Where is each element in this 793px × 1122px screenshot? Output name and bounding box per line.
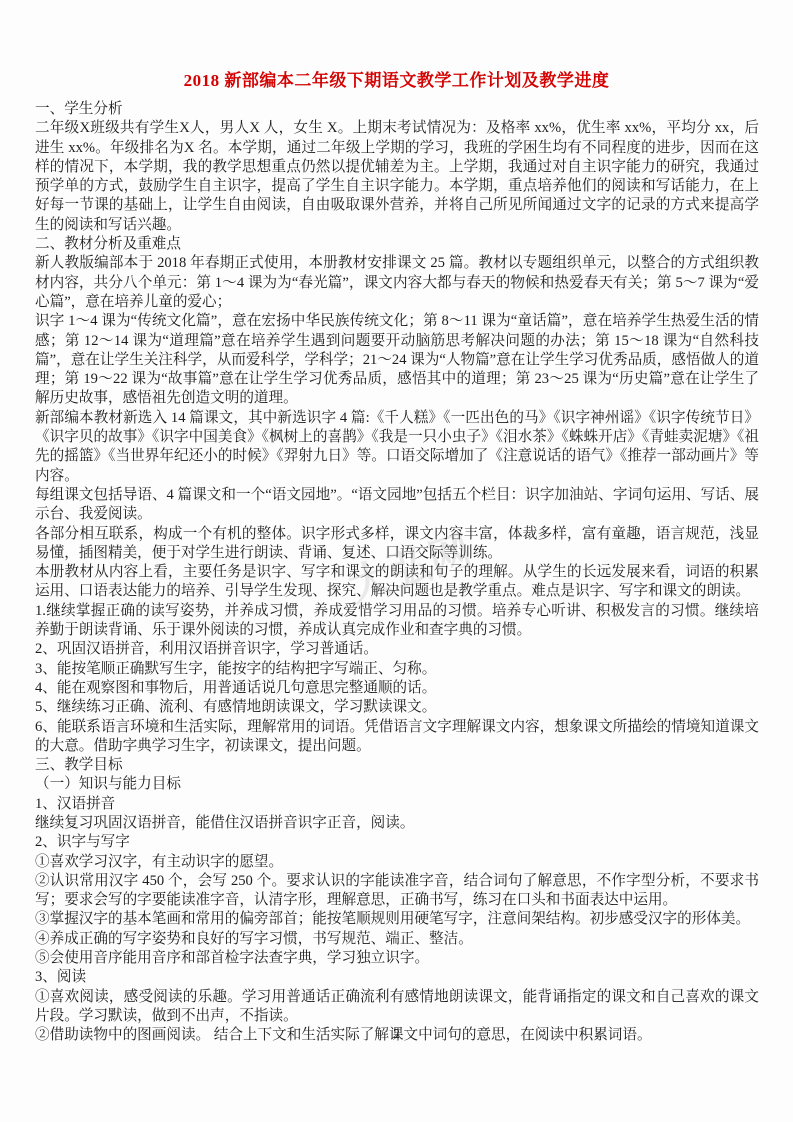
list-item: 4、能在观察图和事物后，用普通话说几句意思完整通顺的话。: [35, 679, 759, 698]
paragraph: 本册教材从内容上看，主要任务是识字、写字和课文的朗读和句子的理解。从学生的长远发…: [35, 563, 759, 602]
paragraph: 识字 1～4 课为“传统文化篇”，意在宏扬中华民族传统文化；第 8～11 课为“…: [35, 312, 759, 408]
list-item: 5、继续练习正确、流利、有感情地朗读课文，学习默读课文。: [35, 698, 759, 717]
list-item: ①喜欢阅读，感受阅读的乐趣。学习用普通话正确流利有感情地朗读课文，能背诵指定的课…: [35, 988, 759, 1027]
subsection-heading-reading: 3、阅读: [35, 968, 759, 987]
section-heading-teaching-goals: 三、教学目标: [35, 756, 759, 775]
subsection-heading-knowledge-ability: （一）知识与能力目标: [35, 775, 759, 794]
list-item: 6、能联系语言环境和生活实际，理解常用的词语。凭借语言文字理解课文内容，想象课文…: [35, 718, 759, 757]
list-item: ③掌握汉字的基本笔画和常用的偏旁部首；能按笔顺规则用硬笔写字，注意间架结构。初步…: [35, 910, 759, 929]
list-item: ①喜欢学习汉字，有主动识字的愿望。: [35, 853, 759, 872]
subsection-heading-characters: 2、识字与写字: [35, 833, 759, 852]
paragraph: 继续复习巩固汉语拼音，能借住汉语拼音识字正音，阅读。: [35, 814, 759, 833]
list-item: ⑤会使用音序能用音序和部首检字法查字典，学习独立识字。: [35, 949, 759, 968]
list-item: 2、巩固汉语拼音，利用汉语拼音识字，学习普通话。: [35, 640, 759, 659]
section-heading-student-analysis: 一、学生分析: [35, 100, 759, 119]
subsection-heading-pinyin: 1、汉语拼音: [35, 795, 759, 814]
list-item: 3、能按笔顺正确默写生字，能按字的结构把字写端正、匀称。: [35, 660, 759, 679]
document-page: 2018 新部编本二年级下期语文教学工作计划及教学进度 一、学生分析 二年级X班…: [0, 0, 793, 1122]
list-item: ②认识常用汉字 450 个，会写 250 个。要求认识的字能读准字音，结合词句了…: [35, 872, 759, 911]
paragraph: 二年级X班级共有学生X人，男人X 人，女生 X。上期末考试情况为：及格率 xx%…: [35, 119, 759, 235]
list-item: 1.继续掌握正确的读写姿势，并养成习惯，养成爱惜学习用品的习惯。培养专心听讲、积…: [35, 602, 759, 641]
paragraph: 每组课文包括导语、4 篇课文和一个“语文园地”。“语文园地”包括五个栏目：识字加…: [35, 486, 759, 525]
page-number: 2: [0, 1026, 793, 1042]
document-body: 一、学生分析 二年级X班级共有学生X人，男人X 人，女生 X。上期末考试情况为：…: [0, 91, 793, 1046]
paragraph: 各部分相互联系，构成一个有机的整体。识字形式多样，课文内容丰富，体裁多样，富有童…: [35, 525, 759, 564]
paragraph: 新人教版编部本于 2018 年春期正式使用，本册教材安排课文 25 篇。教材以专…: [35, 254, 759, 312]
document-title: 2018 新部编本二年级下期语文教学工作计划及教学进度: [0, 0, 793, 91]
list-item: ④养成正确的写字姿势和良好的写字习惯，书写规范、端正、整洁。: [35, 930, 759, 949]
paragraph: 新部编本教材新选入 14 篇课文，其中新选识字 4 篇:《千人糕》《一匹出色的马…: [35, 409, 759, 486]
section-heading-material-analysis: 二、教材分析及重难点: [35, 235, 759, 254]
